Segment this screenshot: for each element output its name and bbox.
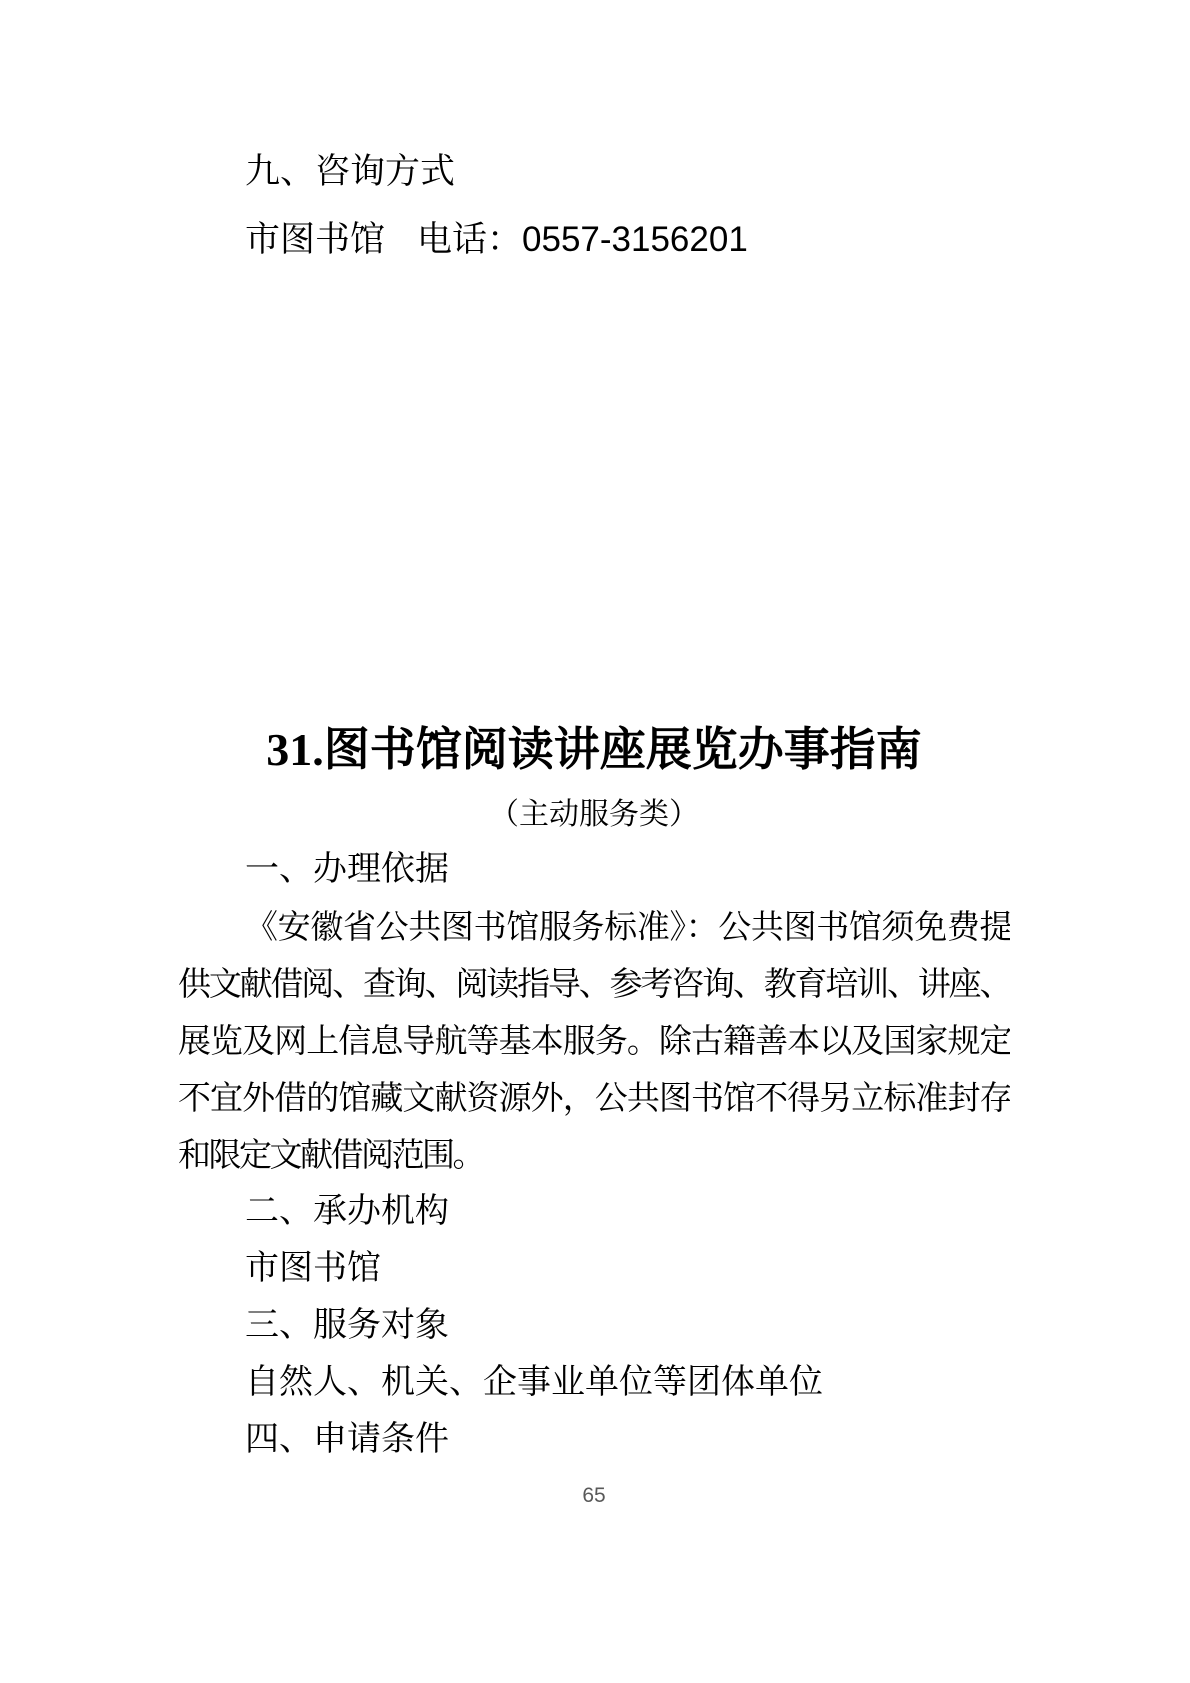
- document-page: 九、咨询方式 市图书馆电话：0557-3156201 31.图书馆阅读讲座展览办…: [0, 0, 1190, 1683]
- section-heading-basis: 一、办理依据: [178, 841, 1010, 898]
- basis-paragraph-line: 展览及网上信息导航等基本服务。除古籍善本以及国家规定: [178, 1012, 1010, 1069]
- guide-title: 31.图书馆阅读讲座展览办事指南: [178, 711, 1010, 789]
- consult-office-name: 市图书馆: [245, 220, 385, 259]
- section-heading-application-conditions: 四、申请条件: [178, 1411, 1010, 1468]
- guide-subtitle: （主动服务类）: [178, 789, 1010, 841]
- basis-paragraph-line: 供文献借阅、查询、阅读指导、参考咨询、教育培训、讲座、: [178, 955, 1010, 1012]
- basis-paragraph-line: 和限定文献借阅范围。: [178, 1126, 1010, 1183]
- guide-body: 一、办理依据 《安徽省公共图书馆服务标准》：公共图书馆须免费提 供文献借阅、查询…: [178, 841, 1010, 1468]
- organizer-value: 市图书馆: [178, 1240, 1010, 1297]
- service-target-value: 自然人、机关、企事业单位等团体单位: [178, 1354, 1010, 1411]
- basis-paragraph-line: 《安徽省公共图书馆服务标准》：公共图书馆须免费提: [178, 898, 1010, 955]
- section-heading-service-target: 三、服务对象: [178, 1297, 1010, 1354]
- consult-contact-line: 市图书馆电话：0557-3156201: [178, 206, 1010, 274]
- section-heading-organizer: 二、承办机构: [178, 1183, 1010, 1240]
- consult-phone: 电话：0557-3156201: [417, 220, 748, 259]
- basis-paragraph-line: 不宜外借的馆藏文献资源外，公共图书馆不得另立标准封存: [178, 1069, 1010, 1126]
- section-heading-consult-method: 九、咨询方式: [178, 138, 1010, 206]
- previous-section-tail: 九、咨询方式 市图书馆电话：0557-3156201: [178, 0, 1010, 274]
- page-number: 65: [178, 1483, 1010, 1509]
